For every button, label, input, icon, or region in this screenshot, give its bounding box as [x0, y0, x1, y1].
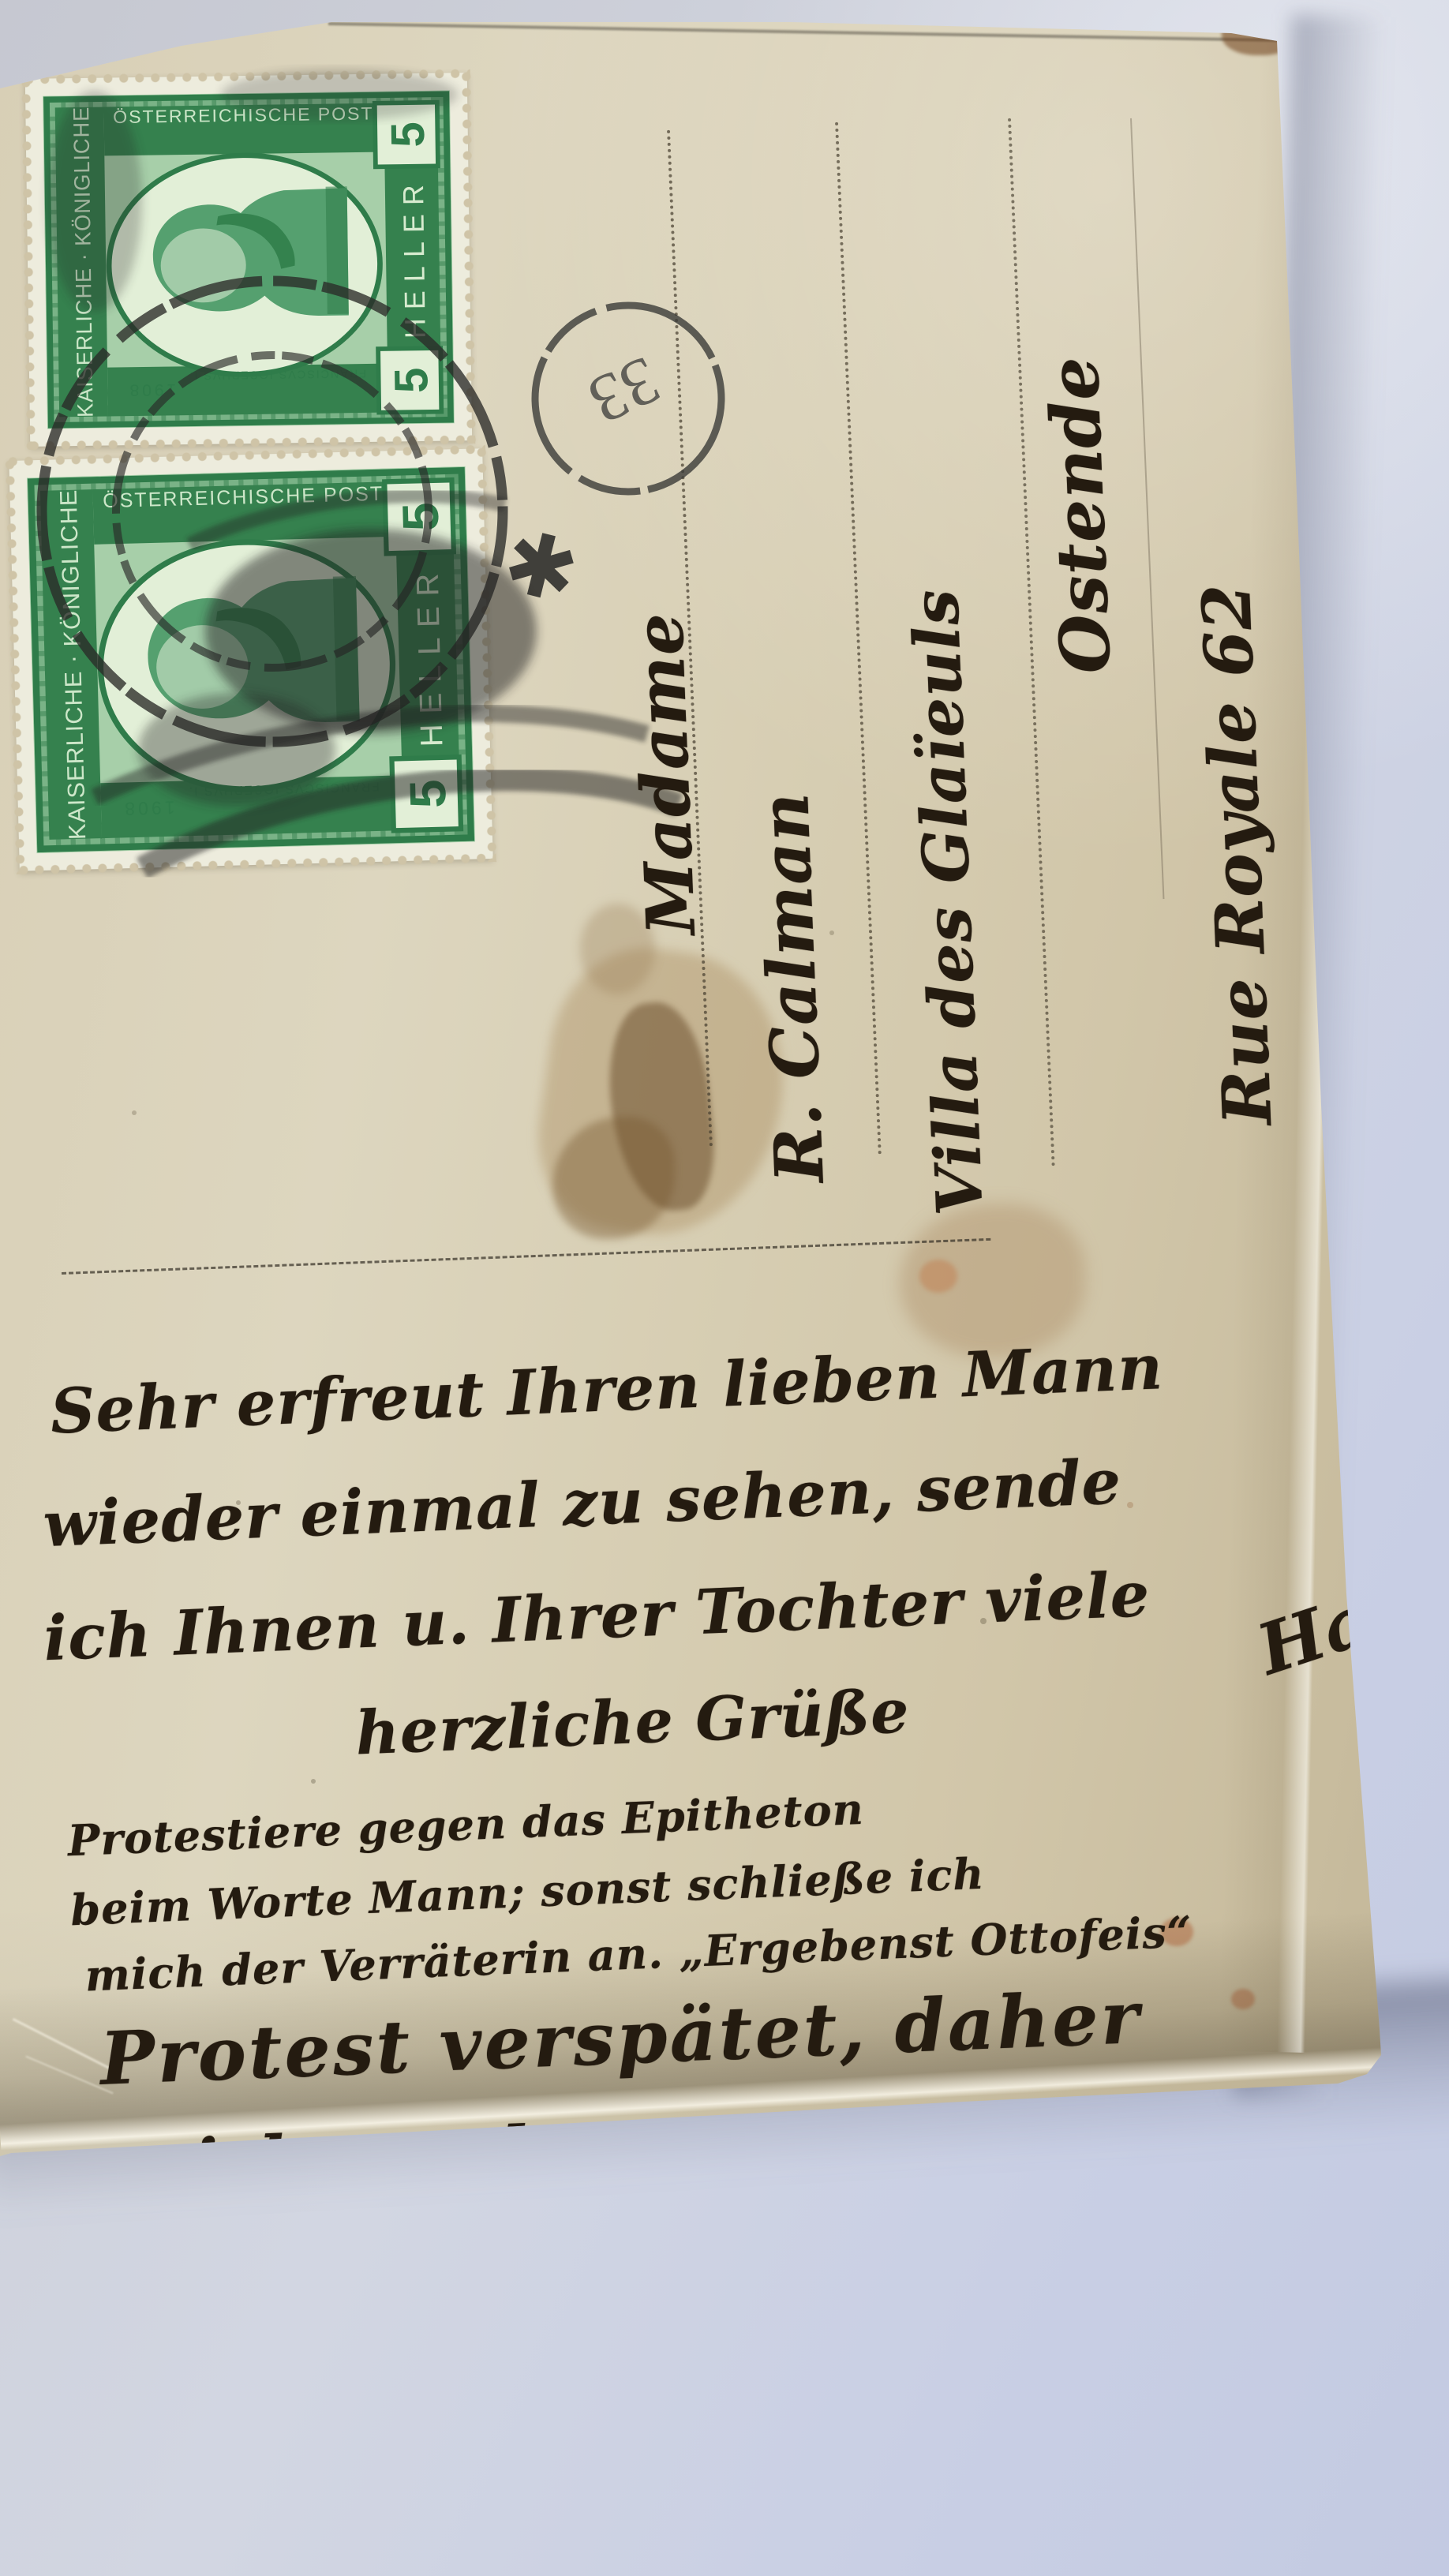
- paper-speckles: [0, 0, 3, 3]
- message-line: wieder einmal zu sehen, sende: [42, 1446, 1123, 1561]
- address-block: Madame R. Calman Villa des Glaïeuls Oste…: [578, 105, 1331, 1237]
- address-line: R. Calman: [745, 791, 839, 1184]
- message-line: Protestiere gegen das Epitheton: [67, 1784, 865, 1866]
- message-line: ich Ihnen u. Ihrer Tochter viele: [43, 1559, 1151, 1675]
- address-line: Rue Royale 62: [1187, 582, 1286, 1127]
- address-line: Madame: [620, 611, 710, 937]
- address-line: Ostende: [1034, 354, 1126, 675]
- message-line: herzliche Grüße: [354, 1676, 911, 1768]
- message-line: Sehr erfreut Ihren lieben Mann: [49, 1331, 1164, 1448]
- paper-stain: [919, 1260, 957, 1293]
- address-line: Villa des Glaïeuls: [898, 587, 998, 1217]
- photo-of-postcard: KAISERLICHE · KÖNIGLICHE ÖSTERREICHISCHE…: [0, 0, 1449, 2576]
- divider-rule-line: [62, 1238, 990, 1275]
